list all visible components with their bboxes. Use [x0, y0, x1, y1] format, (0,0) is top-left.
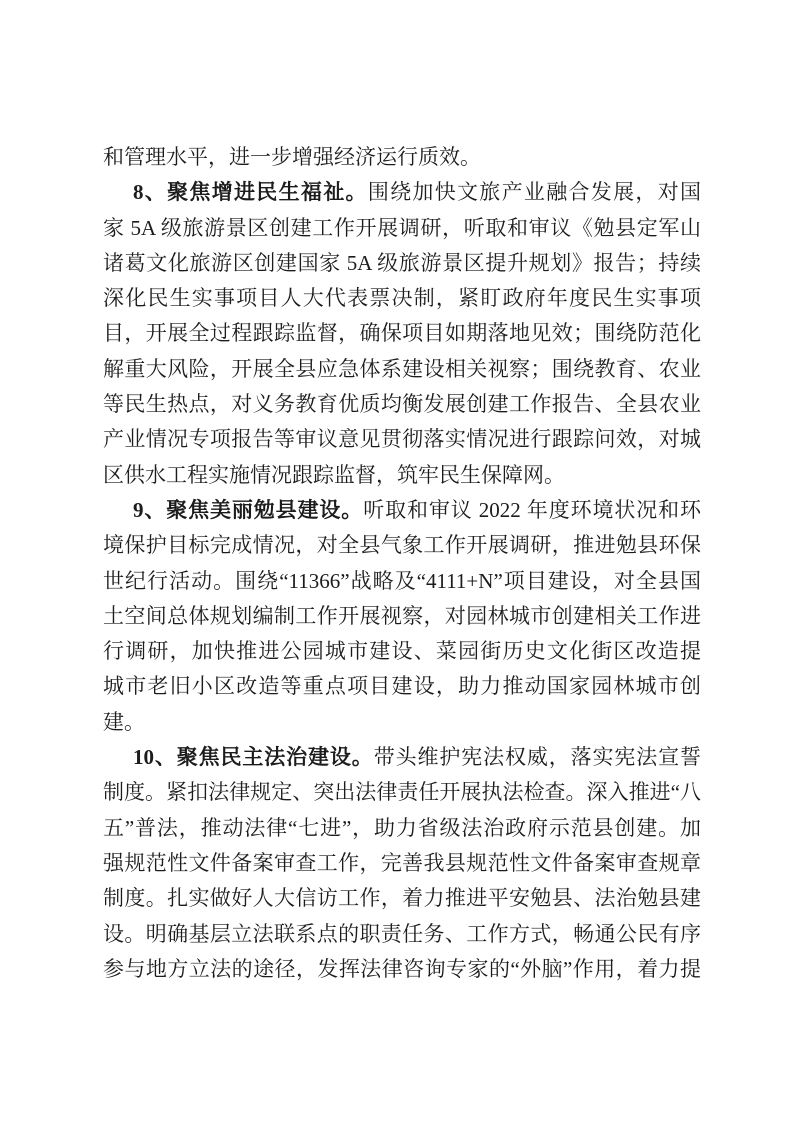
text-line: 和管理水平，进一步增强经济运行质效。: [103, 140, 701, 175]
text-line: 等民生热点，对义务教育优质均衡发展创建工作报告、全县农业: [103, 387, 701, 422]
text-line: 制度。紧扣法律规定、突出法律责任开展执法检查。深入推进“八: [103, 775, 701, 810]
text-line: 9、聚焦美丽勉县建设。听取和审议 2022 年度环境状况和环: [103, 493, 701, 528]
text-line: 家 5A 级旅游景区创建工作开展调研，听取和审议《勉县定军山: [103, 211, 701, 246]
text-line: 设。明确基层立法联系点的职责任务、工作方式，畅通公民有序: [103, 917, 701, 952]
text-line: 深化民生实事项目人大代表票决制，紧盯政府年度民生实事项: [103, 281, 701, 316]
paragraph: 9、聚焦美丽勉县建设。听取和审议 2022 年度环境状况和环境保护目标完成情况，…: [103, 493, 701, 740]
text-line: 产业情况专项报告等审议意见贯彻落实情况进行跟踪问效，对城: [103, 422, 701, 457]
paragraph: 8、聚焦增进民生福祉。围绕加快文旅产业融合发展，对国家 5A 级旅游景区创建工作…: [103, 175, 701, 493]
text-line: 制度。扎实做好人大信访工作，着力推进平安勉县、法治勉县建: [103, 881, 701, 916]
text-line: 建。: [103, 705, 701, 740]
text-line: 目，开展全过程跟踪监督，确保项目如期落地见效；围绕防范化: [103, 316, 701, 351]
text-line: 行调研，加快推进公园城市建设、菜园街历史文化街区改造提升、: [103, 634, 701, 669]
paragraph-heading: 10、聚焦民主法治建设。: [133, 745, 374, 769]
document-page: 和管理水平，进一步增强经济运行质效。8、聚焦增进民生福祉。围绕加快文旅产业融合发…: [0, 0, 793, 1122]
paragraph-heading: 8、聚焦增进民生福祉。: [133, 180, 368, 204]
text-line: 参与地方立法的途径，发挥法律咨询专家的“外脑”作用，着力提: [103, 952, 701, 987]
text-line: 城市老旧小区改造等重点项目建设，助力推动国家园林城市创: [103, 669, 701, 704]
text-line: 强规范性文件备案审查工作，完善我县规范性文件备案审查规章: [103, 846, 701, 881]
text-line: 区供水工程实施情况跟踪监督，筑牢民生保障网。: [103, 458, 701, 493]
paragraph: 和管理水平，进一步增强经济运行质效。: [103, 140, 701, 175]
text-line: 解重大风险，开展全县应急体系建设相关视察；围绕教育、农业: [103, 352, 701, 387]
paragraph-heading: 9、聚焦美丽勉县建设。: [133, 498, 363, 522]
text-line: 境保护目标完成情况，对全县气象工作开展调研，推进勉县环保: [103, 528, 701, 563]
text-line: 诸葛文化旅游区创建国家 5A 级旅游景区提升规划》报告；持续: [103, 246, 701, 281]
text-line: 10、聚焦民主法治建设。带头维护宪法权威，落实宪法宣誓: [103, 740, 701, 775]
paragraph-text: 围绕加快文旅产业融合发展，对国: [368, 180, 701, 204]
text-line: 土空间总体规划编制工作开展视察，对园林城市创建相关工作进: [103, 599, 701, 634]
text-line: 五”普法，推动法律“七进”，助力省级法治政府示范县创建。加: [103, 811, 701, 846]
text-line: 世纪行活动。围绕“11366”战略及“4111+N”项目建设，对全县国: [103, 564, 701, 599]
paragraph: 10、聚焦民主法治建设。带头维护宪法权威，落实宪法宣誓制度。紧扣法律规定、突出法…: [103, 740, 701, 987]
text-line: 8、聚焦增进民生福祉。围绕加快文旅产业融合发展，对国: [103, 175, 701, 210]
paragraph-text: 带头维护宪法权威，落实宪法宣誓: [374, 745, 701, 769]
text-block: 和管理水平，进一步增强经济运行质效。8、聚焦增进民生福祉。围绕加快文旅产业融合发…: [103, 140, 701, 987]
paragraph-text: 听取和审议 2022 年度环境状况和环: [363, 498, 701, 522]
